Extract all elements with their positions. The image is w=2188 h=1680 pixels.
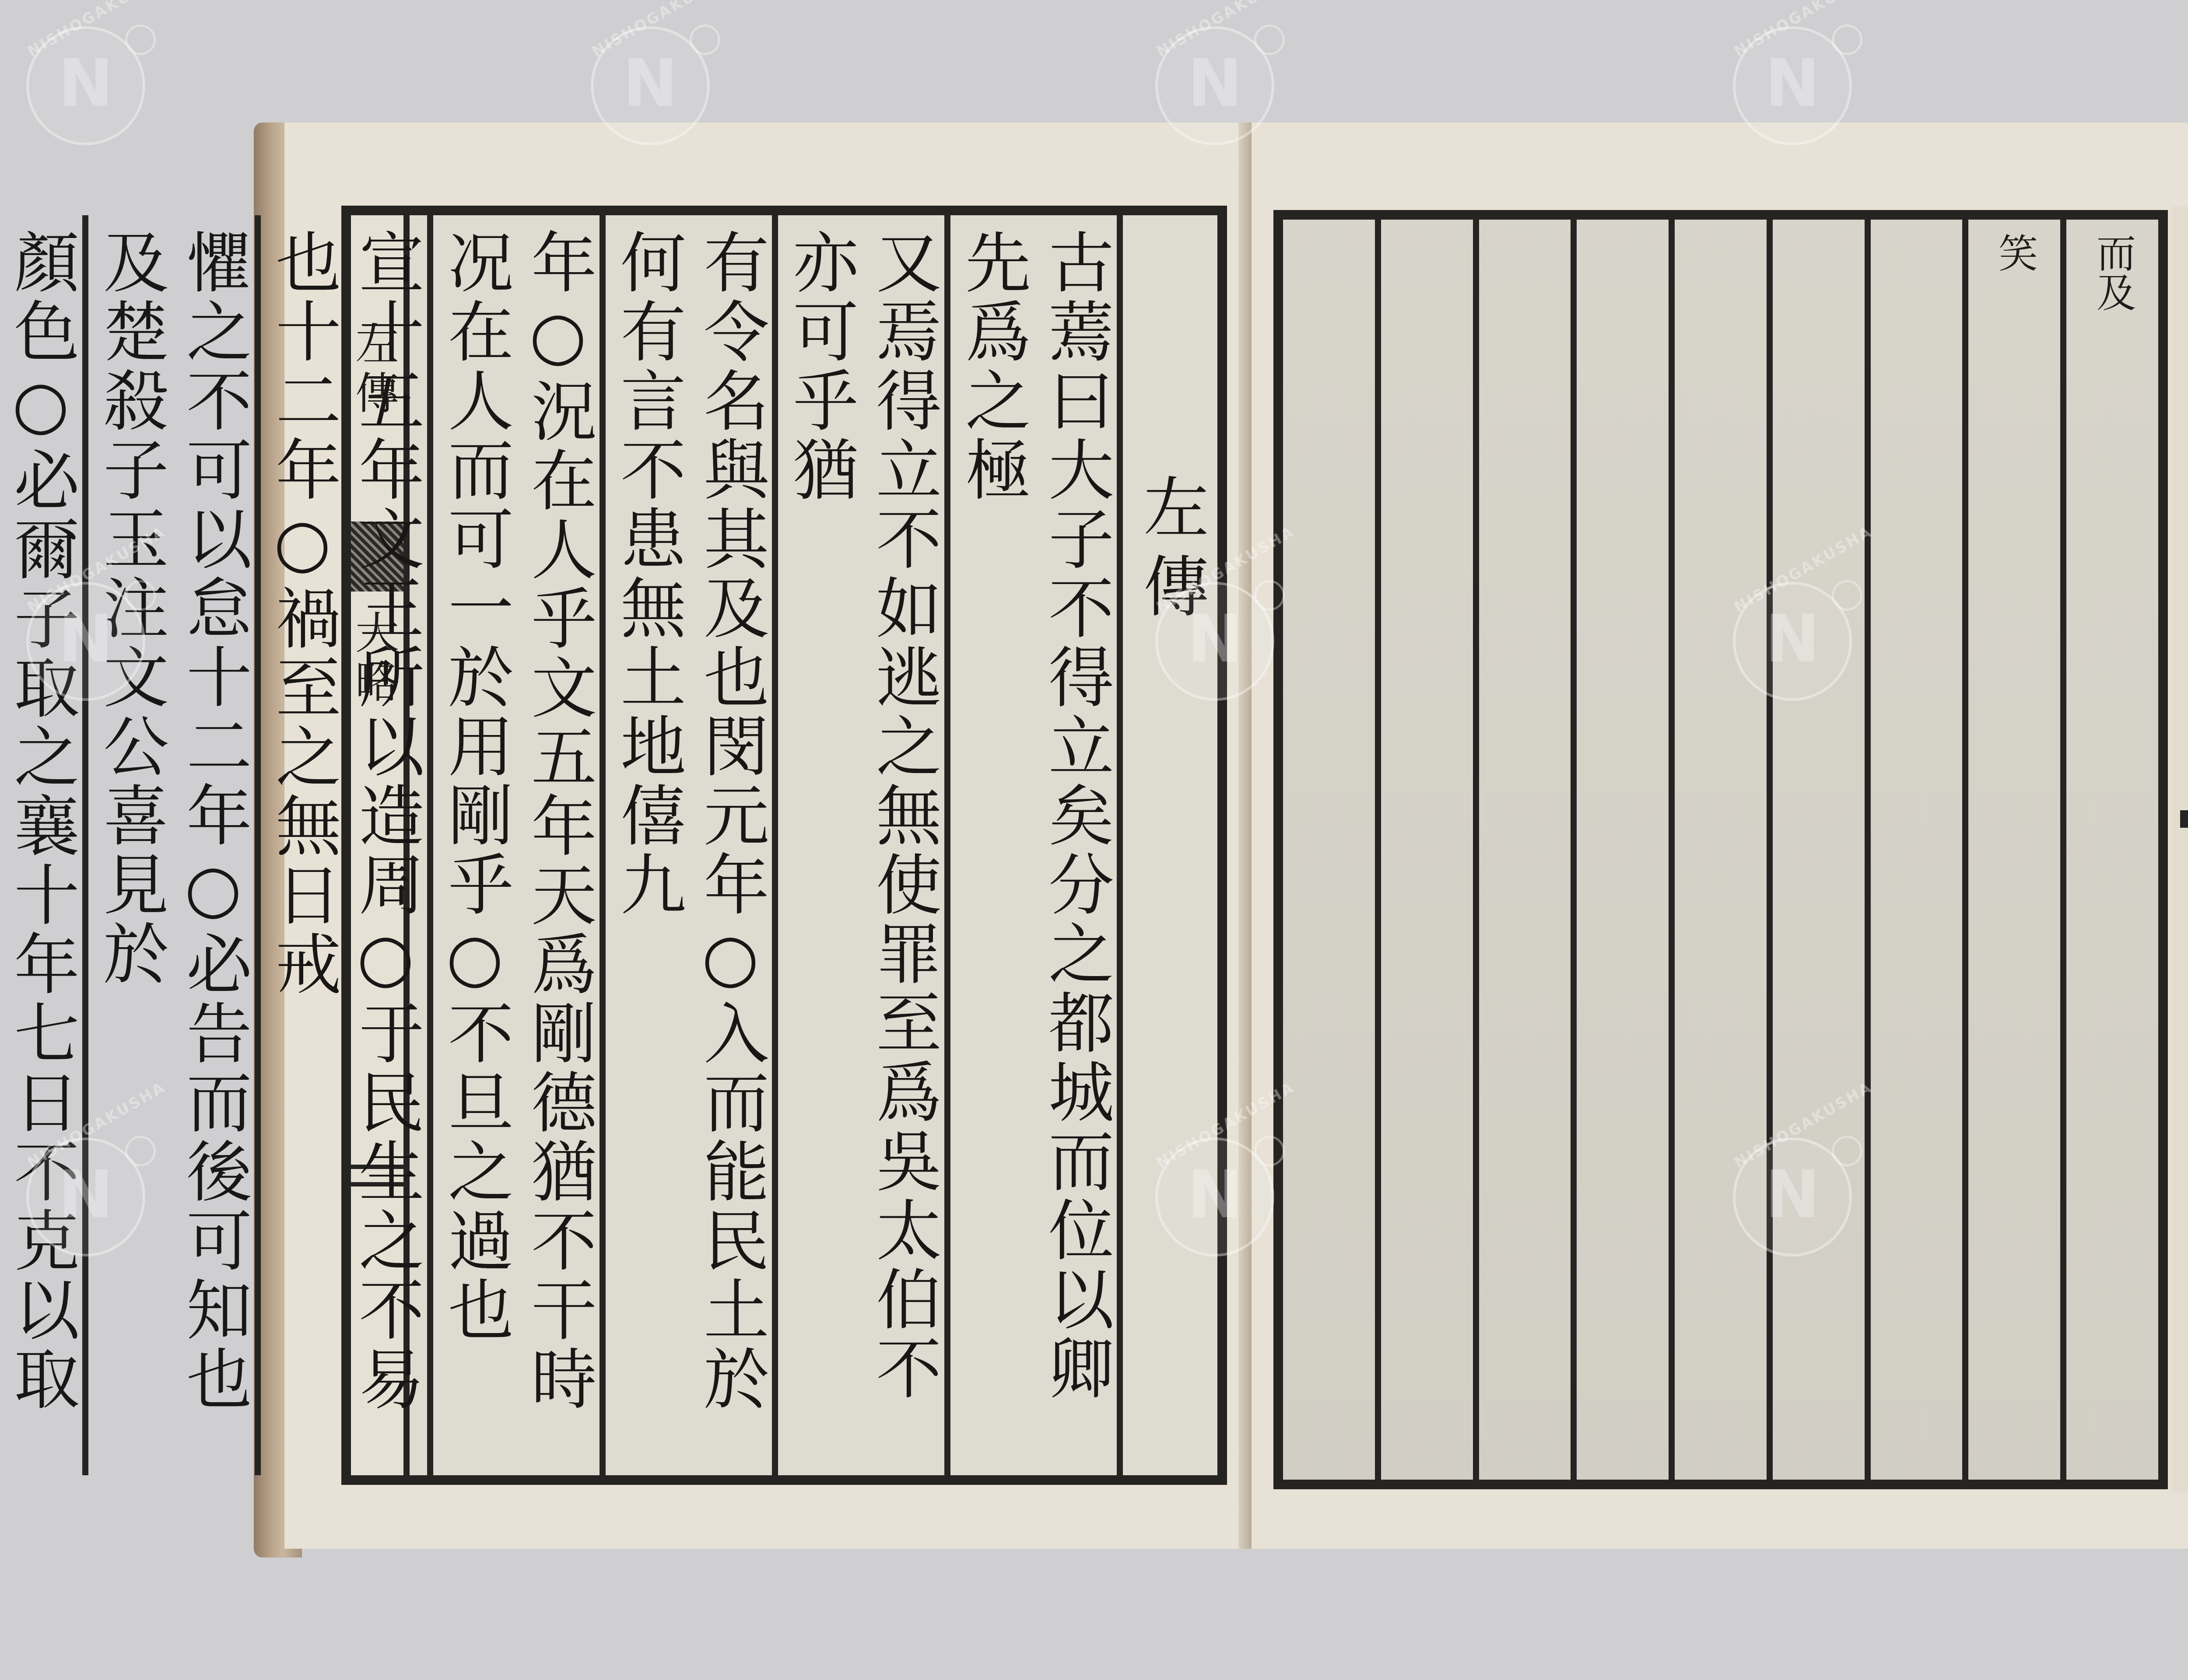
blank-column — [1571, 220, 1669, 1480]
column-text: 顏色○必爾子取之襄十年七日不克以取爾二人以謝不克之罪○甲從已而 — [0, 228, 82, 1445]
blank-column: 笑 — [1962, 220, 2060, 1480]
text-column: 宣十五年文王所以造周○于民生之不易也十二年○禍至之無日戒 — [255, 215, 427, 1475]
nishogakusha-logo-icon: NISHOGAKUSHAN — [26, 26, 145, 145]
text-column: 古蔫曰大子不得立矣分之都城而位以卿先爲之極 — [944, 215, 1117, 1475]
blank-column — [1767, 220, 1865, 1480]
open-book: 左傳 大略 左傳古蔫曰大子不得立矣分之都城而位以卿先爲之極又焉得立不如逃之無使罪… — [254, 114, 2188, 1557]
column-text: 年○況在人乎文五年天爲剛德猶不干時况在人而可一於用剛乎○不旦之過也 — [433, 228, 600, 1445]
watermark-dot — [1254, 24, 1285, 55]
column-text: 宣十五年文王所以造周○于民生之不易也十二年○禍至之無日戒 — [261, 228, 427, 1445]
blank-columns: 而及笑 — [1283, 220, 2158, 1480]
left-page: 左傳 大略 左傳古蔫曰大子不得立矣分之都城而位以卿先爲之極又焉得立不如逃之無使罪… — [284, 122, 1247, 1549]
column-fragment-text: 笑 — [1990, 233, 2038, 272]
watermark-text: NISHOGAKUSHA — [25, 0, 147, 60]
column-text: 懼之不可以怠十二年○必告而後可知也及楚殺子玉注文公喜見於 — [88, 228, 255, 1445]
blank-column — [1375, 220, 1473, 1480]
watermark-glyph: N — [617, 55, 683, 112]
right-page-margin — [2171, 206, 2188, 1493]
text-column: 懼之不可以怠十二年○必告而後可知也及楚殺子玉注文公喜見於 — [82, 215, 255, 1475]
blank-column — [1669, 220, 1767, 1480]
watermark-text: NISHOGAKUSHA — [589, 0, 712, 60]
watermark-dot — [1832, 24, 1862, 55]
watermark-glyph: N — [1182, 55, 1248, 112]
blank-column — [1865, 220, 1963, 1480]
watermark-dot — [125, 24, 156, 55]
right-page: 而及笑 — [1252, 122, 2188, 1549]
section-title: 左傳 — [1123, 473, 1217, 631]
text-column: 有令名與其及也閔元年○入而能民土於何有言不患無土地僖九 — [600, 215, 772, 1475]
column-fragment-text: 而及 — [2088, 233, 2136, 311]
column-text: 有令名與其及也閔元年○入而能民土於何有言不患無土地僖九 — [606, 228, 772, 1445]
margin-mark — [2180, 810, 2188, 828]
column-title: 左傳 — [1117, 215, 1217, 1475]
text-column: 年○況在人乎文五年天爲剛德猶不干時况在人而可一於用剛乎○不旦之過也 — [427, 215, 600, 1475]
watermark-glyph: N — [1760, 55, 1825, 112]
text-column: 顏色○必爾子取之襄十年七日不克以取爾二人以謝不克之罪○甲從已而 — [0, 215, 82, 1475]
watermark-text: NISHOGAKUSHA — [1731, 0, 1854, 60]
blank-column — [1283, 220, 1375, 1480]
text-column: 又焉得立不如逃之無使罪至爲吳太伯不亦可乎猶 — [772, 215, 944, 1475]
watermark-dot — [690, 24, 720, 55]
column-text: 古蔫曰大子不得立矣分之都城而位以卿先爲之極 — [950, 228, 1117, 1445]
watermark-glyph: N — [53, 55, 119, 112]
column-text: 又焉得立不如逃之無使罪至爲吳太伯不亦可乎猶 — [778, 228, 944, 1445]
watermark-text: NISHOGAKUSHA — [1154, 0, 1276, 60]
printed-frame-right: 而及笑 — [1273, 210, 2168, 1489]
blank-column — [1473, 220, 1571, 1480]
text-columns: 左傳古蔫曰大子不得立矣分之都城而位以卿先爲之極又焉得立不如逃之無使罪至爲吳太伯不… — [410, 215, 1217, 1475]
blank-column: 而及 — [2060, 220, 2158, 1480]
printed-frame-left: 左傳 大略 左傳古蔫曰大子不得立矣分之都城而位以卿先爲之極又焉得立不如逃之無使罪… — [341, 206, 1227, 1485]
